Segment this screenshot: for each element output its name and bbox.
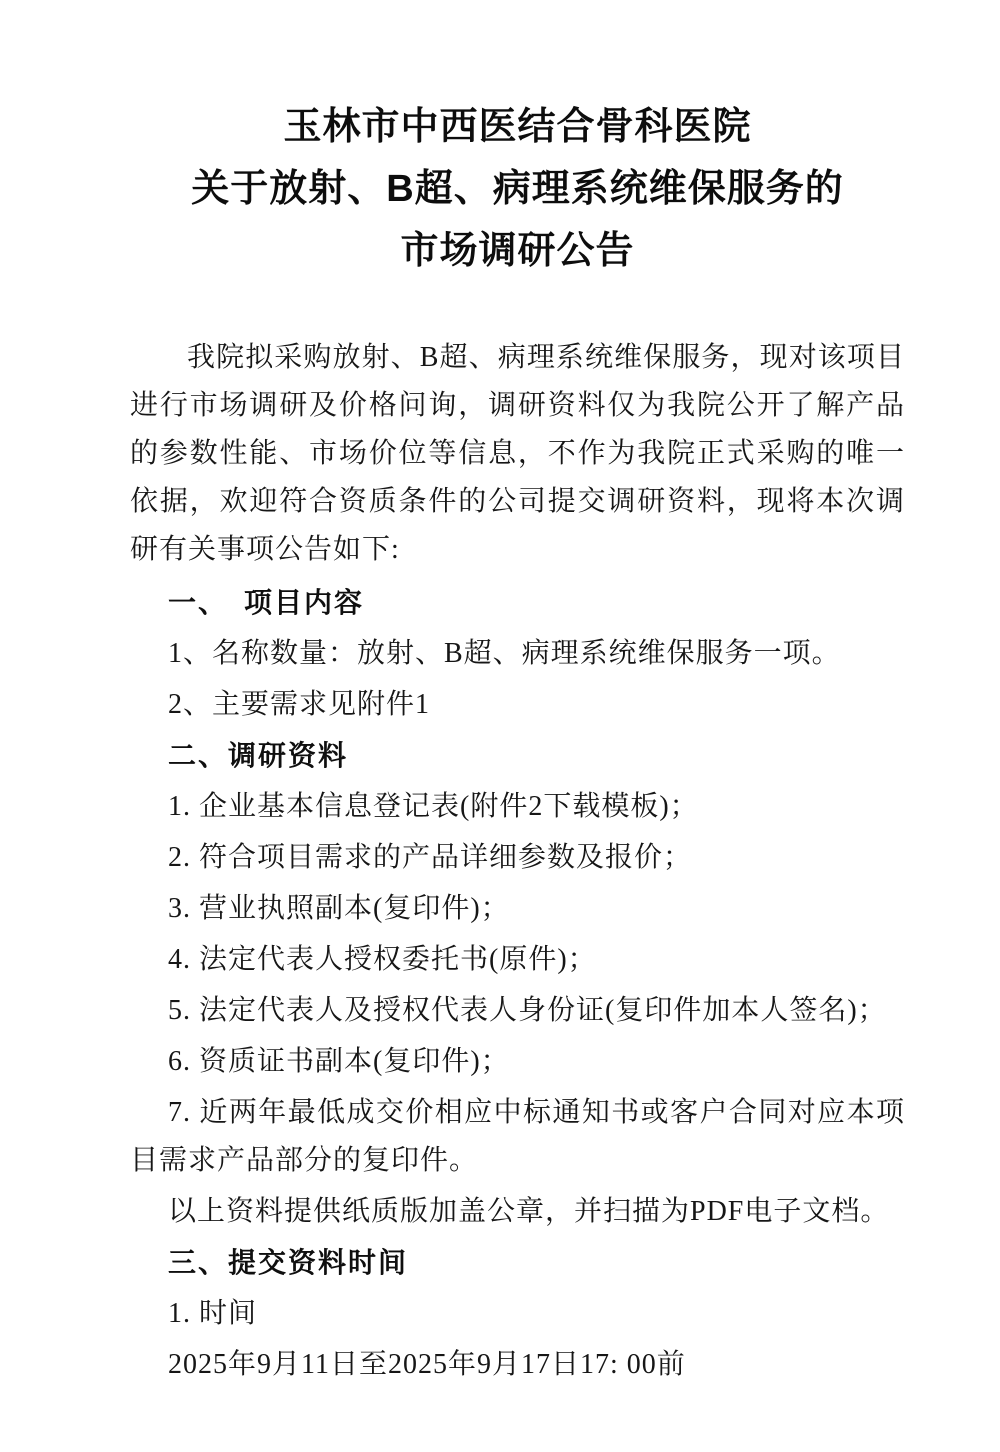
section2-heading: 二、调研资料 — [130, 732, 905, 780]
document-body: 我院拟采购放射、B超、病理系统维保服务，现对该项目进行市场调研及价格问询，调研资… — [130, 334, 905, 1389]
section3-item-1: 1. 时间 — [130, 1290, 905, 1338]
section1-heading: 一、 项目内容 — [130, 579, 905, 627]
section2-item-7: 7. 近两年最低成交价相应中标通知书或客户合同对应本项目需求产品部分的复印件。 — [130, 1089, 905, 1185]
document-content: 玉林市中西医结合骨科医院 关于放射、B超、病理系统维保服务的 市场调研公告 我院… — [0, 0, 1000, 1389]
section2-item-5: 5. 法定代表人及授权代表人身份证(复印件加本人签名)； — [130, 987, 905, 1035]
intro-paragraph: 我院拟采购放射、B超、病理系统维保服务，现对该项目进行市场调研及价格问询，调研资… — [130, 334, 905, 574]
section2-note: 以上资料提供纸质版加盖公章，并扫描为PDF电子文档。 — [130, 1188, 905, 1236]
deadline-text: 2025年9月11日至2025年9月17日17: 00前 — [130, 1341, 905, 1389]
section1-item-1: 1、名称数量：放射、B超、病理系统维保服务一项。 — [130, 630, 905, 678]
section2-item-6: 6. 资质证书副本(复印件)； — [130, 1038, 905, 1086]
section2-item-4: 4. 法定代表人授权委托书(原件)； — [130, 936, 905, 984]
document-page: 玉林市中西医结合骨科医院 关于放射、B超、病理系统维保服务的 市场调研公告 我院… — [0, 0, 1000, 1452]
document-title-line1: 玉林市中西医结合骨科医院 — [130, 96, 905, 158]
section2-item-1: 1. 企业基本信息登记表(附件2下载模板)； — [130, 783, 905, 831]
section2-item-2: 2. 符合项目需求的产品详细参数及报价； — [130, 834, 905, 882]
document-title: 玉林市中西医结合骨科医院 关于放射、B超、病理系统维保服务的 市场调研公告 — [130, 96, 905, 282]
document-title-line3: 市场调研公告 — [130, 220, 905, 282]
section1-item-2: 2、主要需求见附件1 — [130, 681, 905, 729]
section3-heading: 三、提交资料时间 — [130, 1239, 905, 1287]
section2-item-3: 3. 营业执照副本(复印件)； — [130, 885, 905, 933]
document-title-line2: 关于放射、B超、病理系统维保服务的 — [130, 158, 905, 220]
